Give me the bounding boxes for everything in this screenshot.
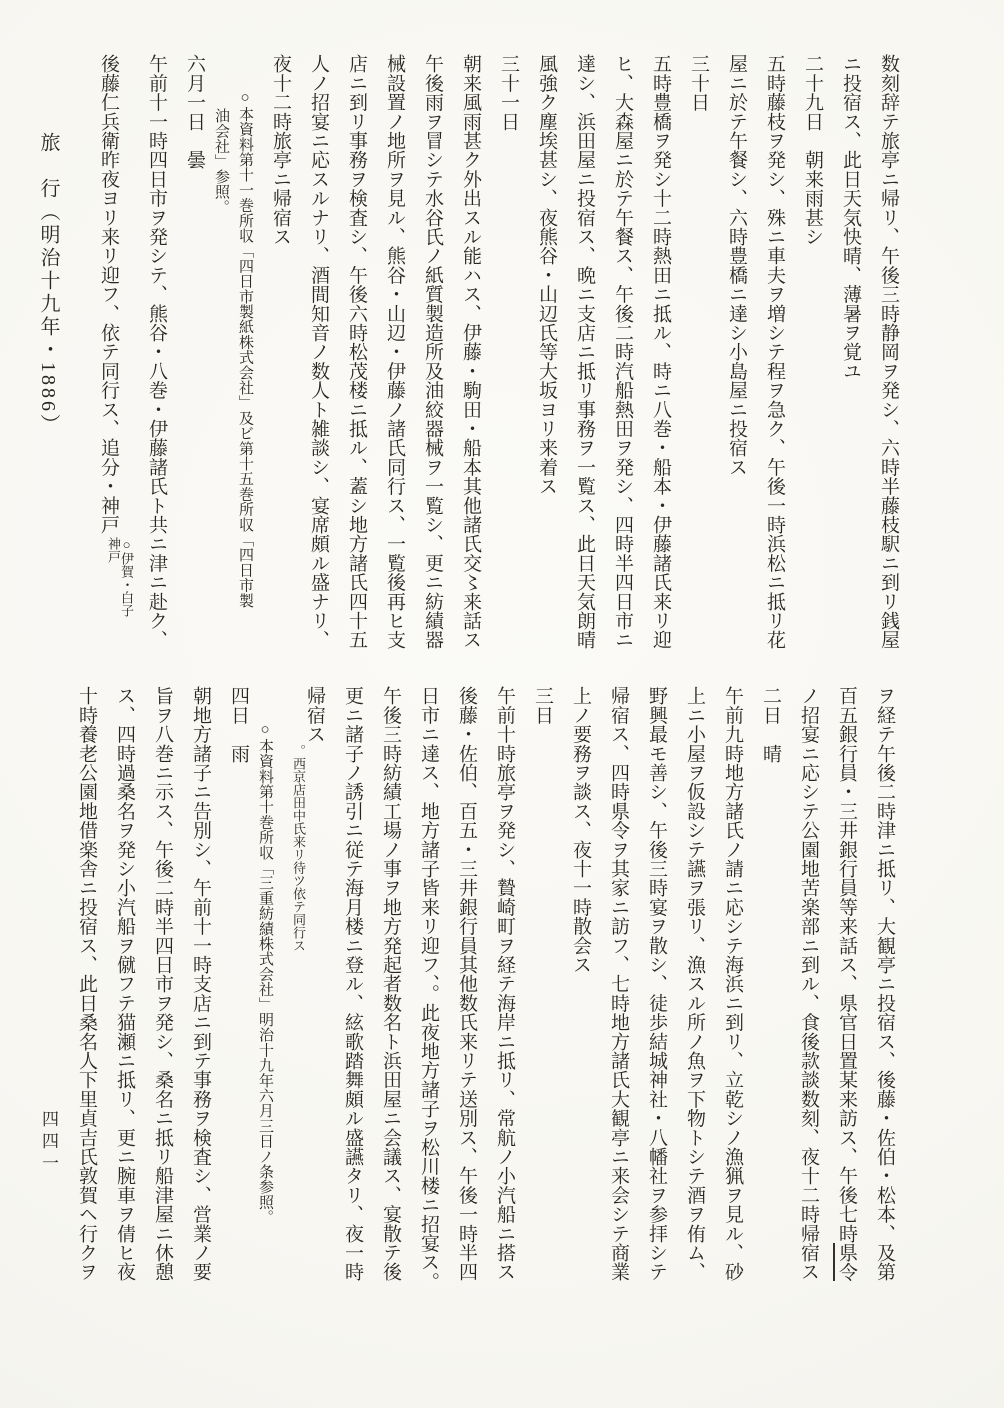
diary-text: 人ノ招宴ニ応スルナリ、酒間知音ノ数人ト雑談シ、宴席頗ル盛ナリ、 bbox=[308, 54, 329, 649]
diary-text: 三日 bbox=[532, 686, 553, 724]
interlinear-side-note: 。西京店田中氏来リ待ツ依テ同行ス bbox=[291, 686, 305, 1304]
diary-text: 午後雨ヲ冒シテ水谷氏ノ紙質製造所及油絞器械ヲ一覧シ、更ニ紡績器 bbox=[422, 54, 443, 649]
diary-text: 帰宿ス bbox=[305, 686, 324, 1304]
diary-text: 後藤・佐伯、百五・三井銀行員其他数氏来リテ送別ス、午後一時半四 bbox=[456, 686, 477, 1281]
diary-text-line: 午前十時旅亭ヲ発シ、贄崎町ヲ経テ海岸ニ抵リ、常航ノ小汽船ニ搭ス bbox=[495, 686, 514, 1304]
diary-text-line: 午前九時地方諸氏ノ請ニ応シテ海浜ニ到リ、立乾シノ漁猟ヲ見ル、砂 bbox=[723, 686, 742, 1304]
diary-text-line: 夜十二時旅亭ニ帰宿ス bbox=[271, 54, 290, 668]
diary-text-line: 屋ニ於テ午餐シ、六時豊橋ニ達シ小島屋ニ投宿ス bbox=[727, 54, 746, 668]
diary-text-line: ノ招宴ニ応シテ公園地苦楽部ニ到ル、食後款談数刻、夜十二時帰宿ス bbox=[799, 686, 818, 1304]
diary-text-line: 朝来風雨甚ク外出スル能ハス、伊藤・駒田・船本其他諸氏交〻来話ス bbox=[461, 54, 480, 668]
diary-text: 野興最モ善シ、午後三時宴ヲ散シ、徒歩結城神社・八幡社ヲ参拝シテ bbox=[646, 686, 667, 1281]
diary-text: 旨ヲ八巻ニ示ス、午後二時半四日市ヲ発シ、桑名ニ抵リ船津屋ニ休憩 bbox=[152, 686, 173, 1281]
diary-text: 上ニ小屋ヲ仮設シテ讌ヲ張リ、漁スル所ノ魚ヲ下物トシテ酒ヲ侑ム、 bbox=[684, 686, 705, 1281]
diary-text: 午前十時旅亭ヲ発シ、贄崎町ヲ経テ海岸ニ抵リ、常航ノ小汽船ニ搭ス bbox=[494, 686, 515, 1281]
diary-text-line: 野興最モ善シ、午後三時宴ヲ散シ、徒歩結城神社・八幡社ヲ参拝シテ bbox=[647, 686, 666, 1304]
diary-text: 十時養老公園地借楽舎ニ投宿ス、此日桑名人下里貞吉氏敦賀ヘ行クヲ bbox=[76, 686, 97, 1281]
reference-note-line: 油会社」参照。 bbox=[213, 54, 228, 668]
diary-text: 午後三時紡績工場ノ事ヲ地方発起者数名ト浜田屋ニ会議ス、宴散テ後 bbox=[380, 686, 401, 1281]
diary-text: 二日 晴 bbox=[760, 686, 781, 763]
diary-text: 夜十二時旅亭ニ帰宿ス bbox=[270, 54, 291, 246]
diary-text-line: 十時養老公園地借楽舎ニ投宿ス、此日桑名人下里貞吉氏敦賀ヘ行クヲ bbox=[77, 686, 96, 1304]
diary-text-line: 械設置ノ地所ヲ見ル、熊谷・山辺・伊藤ノ諸氏同行ス、一覧後再ヒ支 bbox=[385, 54, 404, 668]
diary-text: 更ニ諸子ノ誘引ニ従テ海月楼ニ登ル、絃歌踏舞頗ル盛讌タリ、夜一時 bbox=[342, 686, 363, 1281]
date-heading: 三日 bbox=[533, 686, 552, 1304]
diary-text-line: 更ニ諸子ノ誘引ニ従テ海月楼ニ登ル、絃歌踏舞頗ル盛讌タリ、夜一時 bbox=[343, 686, 362, 1304]
diary-text: 日市ニ達ス、地方諸子皆来リ迎フ、。此夜地方諸子ヲ松川楼ニ招宴ス。 bbox=[418, 686, 439, 1291]
date-heading: 六月一日 曇 bbox=[185, 54, 204, 668]
diary-text-line: 帰宿ス、四時県令ヲ其家ニ訪フ、七時地方諸氏大観亭ニ来会シテ商業 bbox=[609, 686, 628, 1304]
diary-text-line: 旨ヲ八巻ニ示ス、午後二時半四日市ヲ発シ、桑名ニ抵リ船津屋ニ休憩 bbox=[153, 686, 172, 1304]
diary-text: 午前九時地方諸氏ノ請ニ応シテ海浜ニ到リ、立乾シノ漁猟ヲ見ル、砂 bbox=[722, 686, 743, 1281]
diary-text: 帰宿ス、四時県令ヲ其家ニ訪フ、七時地方諸氏大観亭ニ来会シテ商業 bbox=[608, 686, 629, 1281]
diary-text: 四日 雨 bbox=[228, 686, 249, 763]
diary-text: ヒ、大森屋ニ於テ午餐ス、午後二時汽船熱田ヲ発シ、四時半四日市ニ bbox=[612, 54, 633, 649]
diary-text-line: 帰宿ス。西京店田中氏来リ待ツ依テ同行ス bbox=[291, 686, 324, 1304]
diary-text-line: 達シ、浜田屋ニ投宿ス、晩ニ支店ニ抵リ事務ヲ一覧ス、此日天気朗晴 bbox=[575, 54, 594, 668]
diary-text: 五時豊橋ヲ発シ十二時熱田ニ抵ル、時ニ八巻・船本・伊藤諸氏来リ迎 bbox=[650, 54, 671, 649]
gloss-right-line: ○伊賀・白子 bbox=[120, 537, 133, 617]
diary-text-line: ヲ経テ午後二時津ニ抵リ、大観亭ニ投宿ス、後藤・佐伯・松本、及第 bbox=[875, 686, 894, 1304]
diary-text: 百五銀行員・三井銀行員等来話ス、県官日置某来訪ス、午後七時 bbox=[836, 686, 857, 1243]
diary-text-line: 数刻辞テ旅亭ニ帰リ、午後三時静岡ヲ発シ、六時半藤枝駅ニ到リ銭屋 bbox=[879, 54, 898, 668]
diary-text-line: 風強ク塵埃甚シ、夜熊谷・山辺氏等大坂ヨリ来着ス bbox=[537, 54, 556, 668]
diary-text-line: 午後雨ヲ冒シテ水谷氏ノ紙質製造所及油絞器械ヲ一覧シ、更ニ紡績器 bbox=[423, 54, 442, 668]
diary-text: 屋ニ於テ午餐シ、六時豊橋ニ達シ小島屋ニ投宿ス bbox=[726, 54, 747, 476]
diary-text: 械設置ノ地所ヲ見ル、熊谷・山辺・伊藤ノ諸氏同行ス、一覧後再ヒ支 bbox=[384, 54, 405, 649]
diary-bottom-block: ヲ経テ午後二時津ニ抵リ、大観亭ニ投宿ス、後藤・佐伯・松本、及第百五銀行員・三井銀… bbox=[58, 686, 894, 1304]
diary-text-line: 後藤・佐伯、百五・三井銀行員其他数氏来リテ送別ス、午後一時半四 bbox=[457, 686, 476, 1304]
diary-text: ス、四時過桑名ヲ発シ小汽船ヲ僦フテ猫瀬ニ抵リ、更ニ腕車ヲ倩ヒ夜 bbox=[114, 686, 135, 1281]
diary-text-line: 朝地方諸子ニ告別シ、午前十一時支店ニ到テ事務ヲ検査シ、営業ノ要 bbox=[191, 686, 210, 1304]
diary-text: 達シ、浜田屋ニ投宿ス、晩ニ支店ニ抵リ事務ヲ一覧ス、此日天気朗晴 bbox=[574, 54, 595, 649]
diary-text: 朝来風雨甚ク外出スル能ハス、伊藤・駒田・船本其他諸氏交〻来話ス bbox=[460, 54, 481, 649]
date-heading: 三十日 bbox=[689, 54, 708, 668]
diary-text: 朝地方諸子ニ告別シ、午前十一時支店ニ到テ事務ヲ検査シ、営業ノ要 bbox=[190, 686, 211, 1281]
diary-text: ヲ経テ午後二時津ニ抵リ、大観亭ニ投宿ス、後藤・佐伯・松本、及第 bbox=[874, 686, 895, 1281]
diary-text-line: 上ニ小屋ヲ仮設シテ讌ヲ張リ、漁スル所ノ魚ヲ下物トシテ酒ヲ侑ム、 bbox=[685, 686, 704, 1304]
diary-text: 上ノ要務ヲ談ス、夜十一時散会ス bbox=[570, 686, 591, 974]
diary-top-block: 数刻辞テ旅亭ニ帰リ、午後三時静岡ヲ発シ、六時半藤枝駅ニ到リ銭屋ニ投宿ス、此日天気… bbox=[80, 54, 898, 668]
reference-note-line: ○本資料第十巻所収「三重紡績株式会社」明治十九年六月三日ノ条参照。 bbox=[257, 686, 272, 1304]
date-heading: 二十九日 朝来雨甚シ bbox=[803, 54, 822, 668]
diary-text-line: 午前十一時四日市ヲ発シテ、熊谷・八巻・伊藤諸氏ト共ニ津ニ赴ク、 bbox=[147, 54, 166, 668]
diary-text: 六月一日 曇 bbox=[184, 54, 205, 169]
diary-text-line: 店ニ到リ事務ヲ検査シ、午後六時松茂楼ニ抵ル、蓋シ地方諸氏四十五 bbox=[347, 54, 366, 668]
diary-text-line: 五時藤枝ヲ発シ、殊ニ車夫ヲ増シテ程ヲ急ク、午後一時浜松ニ抵リ花 bbox=[765, 54, 784, 668]
diary-text-line: 日市ニ達ス、地方諸子皆来リ迎フ、。此夜地方諸子ヲ松川楼ニ招宴ス。 bbox=[419, 686, 438, 1304]
running-title: 旅 行（明治十九年・1886） bbox=[34, 132, 63, 437]
diary-text: 二十九日 朝来雨甚シ bbox=[802, 54, 823, 246]
diary-text-line: 人ノ招宴ニ応スルナリ、酒間知音ノ数人ト雑談シ、宴席頗ル盛ナリ、 bbox=[309, 54, 328, 668]
diary-text: 三十一日 bbox=[498, 54, 519, 131]
diary-text: 店ニ到リ事務ヲ検査シ、午後六時松茂楼ニ抵ル、蓋シ地方諸氏四十五 bbox=[346, 54, 367, 649]
diary-text-line: 後藤仁兵衛昨夜ヨリ来リ迎フ、依テ同行ス、追分・神戸○伊賀・白子神戸 bbox=[99, 54, 128, 668]
reference-note-line: ○本資料第十一巻所収「四日市製紙株式会社」及ビ第十五巻所収「四日市製 bbox=[237, 54, 252, 668]
diary-text-line: 五時豊橋ヲ発シ十二時熱田ニ抵ル、時ニ八巻・船本・伊藤諸氏来リ迎 bbox=[651, 54, 670, 668]
proper-noun-marked-text: 県令 bbox=[833, 1243, 857, 1281]
scanned-book-page: 数刻辞テ旅亭ニ帰リ、午後三時静岡ヲ発シ、六時半藤枝駅ニ到リ銭屋ニ投宿ス、此日天気… bbox=[0, 0, 1004, 1408]
diary-text: ○本資料第十一巻所収「四日市製紙株式会社」及ビ第十五巻所収「四日市製 bbox=[237, 90, 253, 608]
diary-text-line: ニ投宿ス、此日天気快晴、薄暑ヲ覚ユ bbox=[841, 54, 860, 668]
inline-gloss-note: ○伊賀・白子神戸 bbox=[107, 537, 133, 617]
diary-text: ノ招宴ニ応シテ公園地苦楽部ニ到ル、食後款談数刻、夜十二時帰宿ス bbox=[798, 686, 819, 1281]
diary-text: 三十日 bbox=[688, 54, 709, 112]
diary-text: 後藤仁兵衛昨夜ヨリ来リ迎フ、依テ同行ス、追分・神戸 bbox=[98, 54, 119, 534]
date-heading: 四日 雨 bbox=[229, 686, 248, 1304]
diary-text-line: 百五銀行員・三井銀行員等来話ス、県官日置某来訪ス、午後七時県令 bbox=[837, 686, 856, 1304]
diary-text: ニ投宿ス、此日天気快晴、薄暑ヲ覚ユ bbox=[840, 54, 861, 380]
diary-text-line: 上ノ要務ヲ談ス、夜十一時散会ス bbox=[571, 686, 590, 1304]
diary-text: ○本資料第十巻所収「三重紡績株式会社」明治十九年六月三日ノ条参照。 bbox=[257, 722, 273, 1225]
date-heading: 三十一日 bbox=[499, 54, 518, 668]
date-heading: 二日 晴 bbox=[761, 686, 780, 1304]
diary-text: 風強ク塵埃甚シ、夜熊谷・山辺氏等大坂ヨリ来着ス bbox=[536, 54, 557, 496]
diary-text: 午前十一時四日市ヲ発シテ、熊谷・八巻・伊藤諸氏ト共ニ津ニ赴ク、 bbox=[146, 54, 167, 649]
diary-text: 油会社」参照。 bbox=[213, 108, 229, 214]
diary-text: 五時藤枝ヲ発シ、殊ニ車夫ヲ増シテ程ヲ急ク、午後一時浜松ニ抵リ花 bbox=[764, 54, 785, 649]
diary-text-line: 午後三時紡績工場ノ事ヲ地方発起者数名ト浜田屋ニ会議ス、宴散テ後 bbox=[381, 686, 400, 1304]
page-number: 四四一 bbox=[36, 1110, 61, 1176]
diary-text-line: ヒ、大森屋ニ於テ午餐ス、午後二時汽船熱田ヲ発シ、四時半四日市ニ bbox=[613, 54, 632, 668]
diary-text-line: ス、四時過桑名ヲ発シ小汽船ヲ僦フテ猫瀬ニ抵リ、更ニ腕車ヲ倩ヒ夜 bbox=[115, 686, 134, 1304]
diary-text: 数刻辞テ旅亭ニ帰リ、午後三時静岡ヲ発シ、六時半藤枝駅ニ到リ銭屋 bbox=[878, 54, 899, 649]
